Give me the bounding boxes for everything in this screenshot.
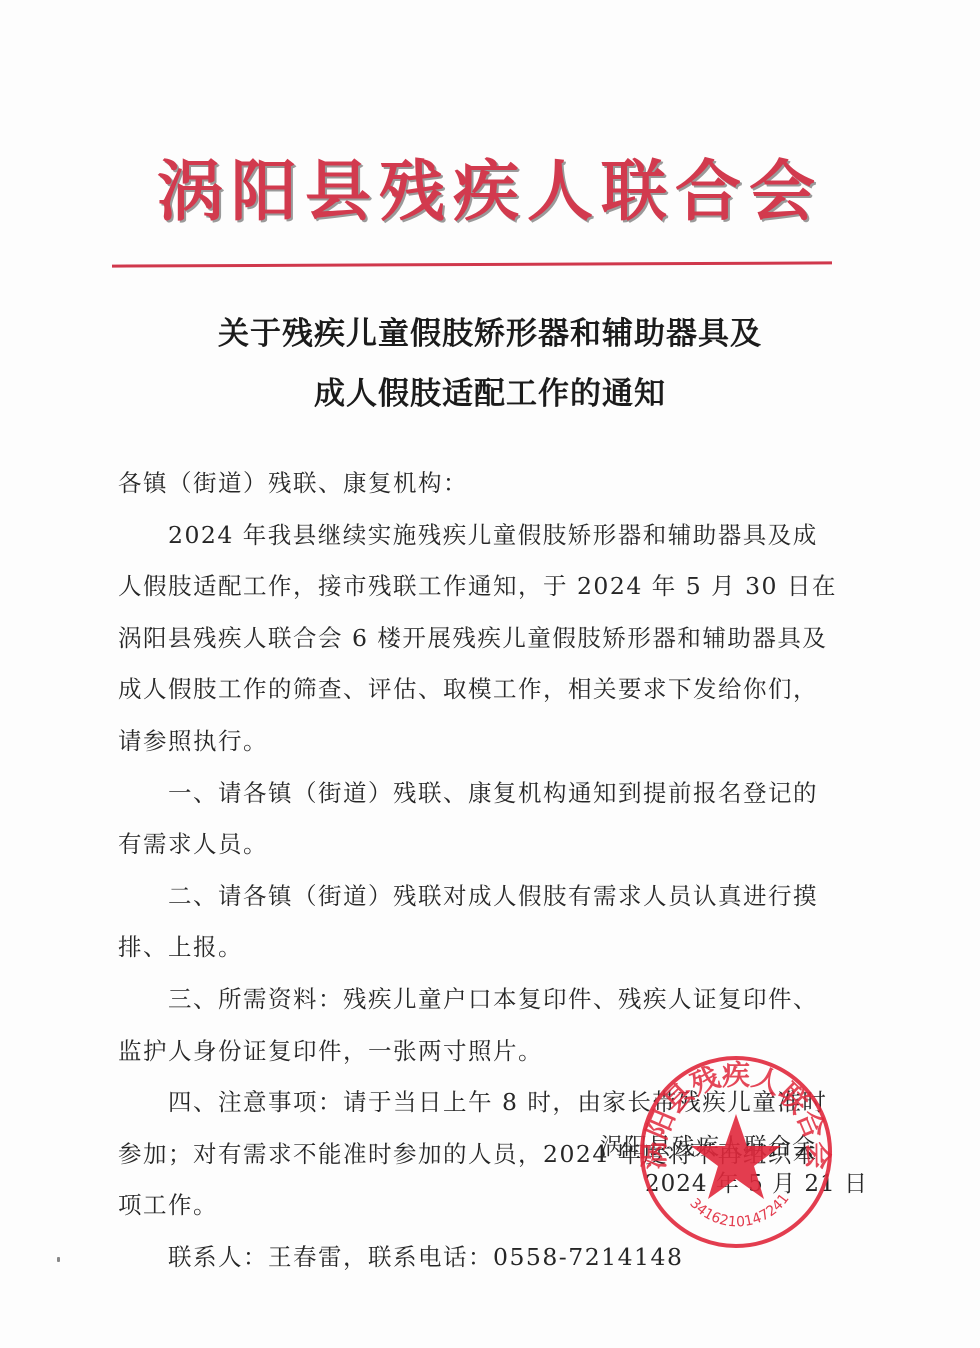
paragraph-item-1: 一、请各镇（街道）残联、康复机构通知到提前报名登记的有需求人员。 — [118, 768, 838, 871]
signature-date: 2024 年 5 月 21 日 — [645, 1165, 868, 1198]
contact-line: 联系人：王春雷，联系电话：0558-7214148 — [118, 1232, 838, 1284]
scan-speck — [57, 1257, 60, 1262]
salutation: 各镇（街道）残联、康复机构： — [118, 458, 838, 510]
notice-title-line-1: 关于残疾儿童假肢矫形器和辅助器具及 — [0, 308, 980, 353]
signature-org: 涡阳县残疾人联合会 — [600, 1128, 816, 1161]
paragraph-intro: 2024 年我县继续实施残疾儿童假肢矫形器和辅助器具及成人假肢适配工作，接市残联… — [118, 510, 838, 768]
masthead-title: 涡阳县残疾人联合会 — [0, 138, 980, 233]
paragraph-item-2: 二、请各镇（街道）残联对成人假肢有需求人员认真进行摸排、上报。 — [118, 871, 838, 974]
notice-title-line-2: 成人假肢适配工作的通知 — [0, 368, 980, 413]
document-page: 涡阳县残疾人联合会 关于残疾儿童假肢矫形器和辅助器具及 成人假肢适配工作的通知 … — [0, 0, 980, 1348]
paragraph-item-3: 三、所需资料：残疾儿童户口本复印件、残疾人证复印件、监护人身份证复印件，一张两寸… — [118, 974, 838, 1077]
red-divider — [112, 261, 832, 267]
